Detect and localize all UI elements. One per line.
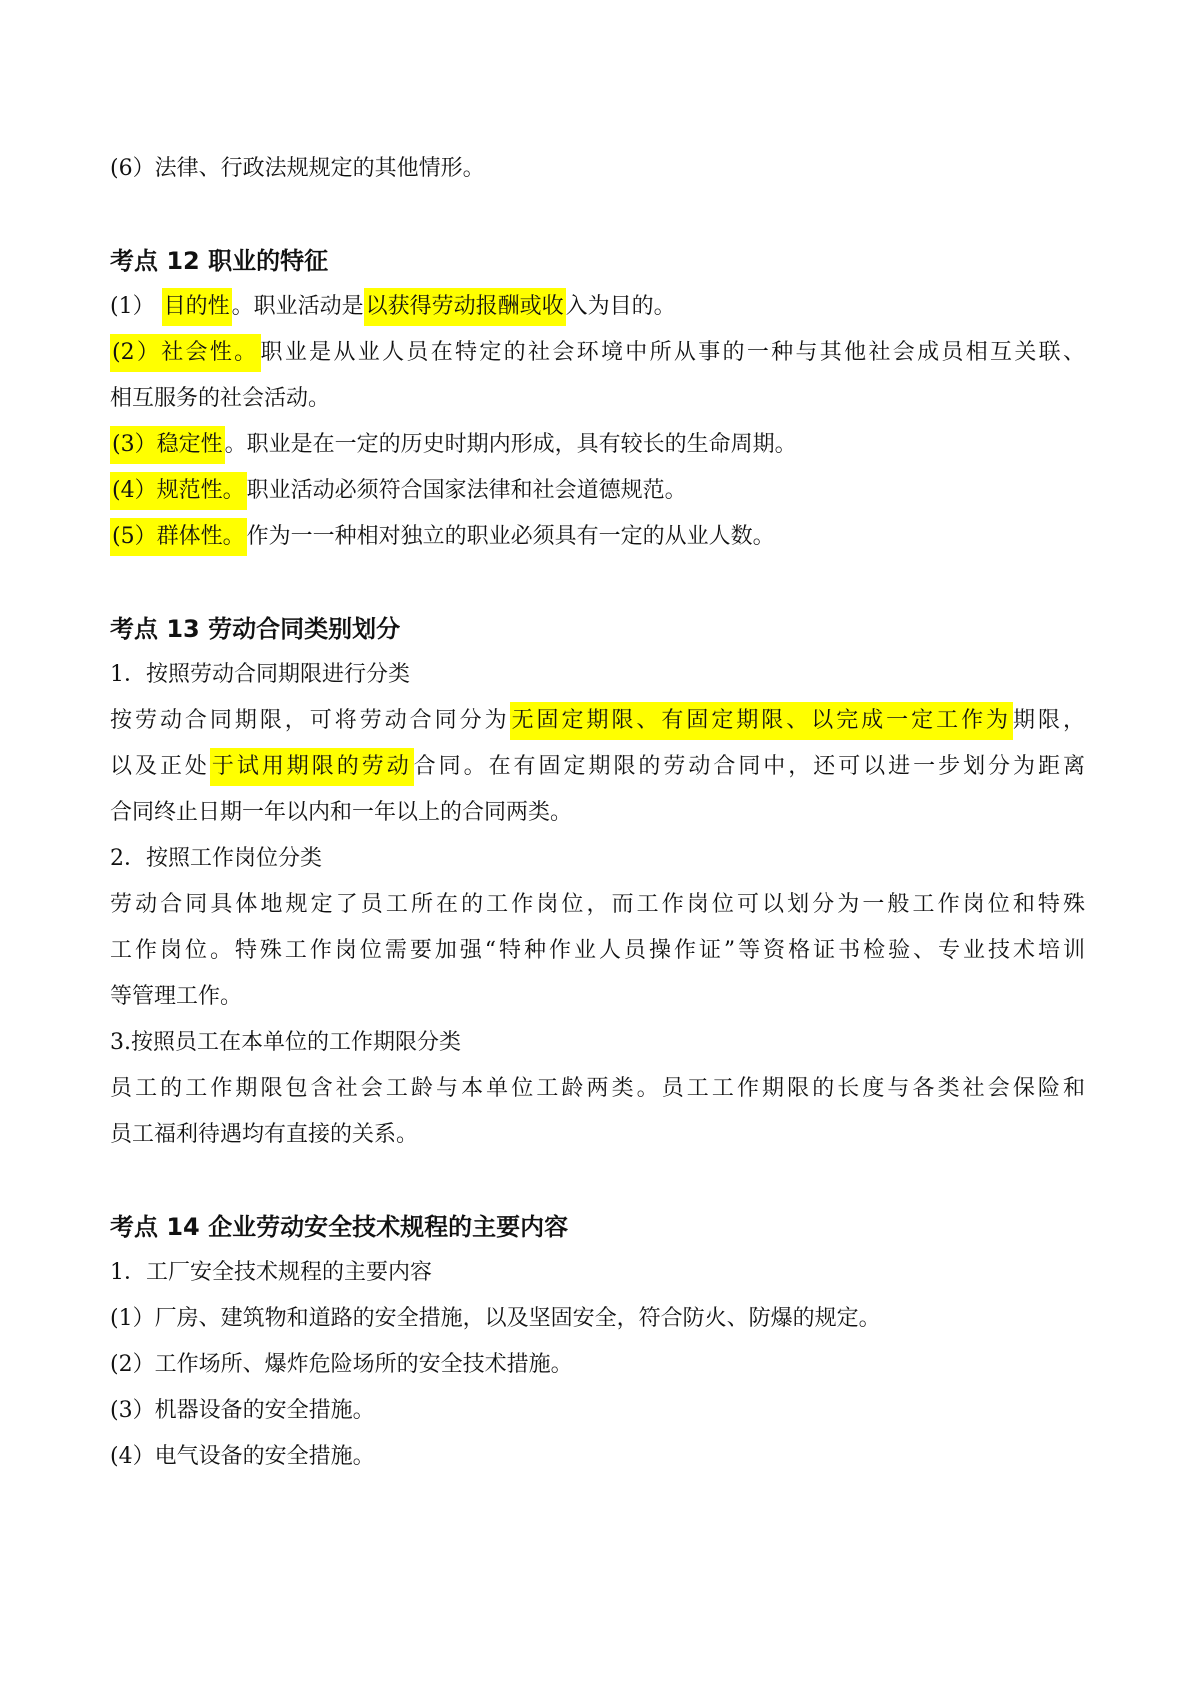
text-line: 3.按照员工在本单位的工作期限分类: [110, 1020, 1085, 1066]
blank-line: [110, 560, 1085, 606]
text-line: 以及正处于试用期限的劳动合同。在有固定期限的劳动合同中，还可以进一步划分为距离: [110, 744, 1085, 790]
text-run: 作为一一种相对独立的职业必须具有一定的从业人数。: [247, 524, 775, 549]
highlighted-text: 以获得劳动报酬或收: [364, 288, 566, 326]
text-run: 工作岗位。特殊工作岗位需要加强“特种作业人员操作证”等资格证书检验、专业技术培训: [110, 938, 1085, 963]
text-line: 2．按照工作岗位分类: [110, 836, 1085, 882]
text-run: 考点 13 劳动合同类别划分: [110, 615, 400, 643]
text-line: 相互服务的社会活动。: [110, 376, 1085, 422]
text-run: 2．按照工作岗位分类: [110, 846, 322, 871]
text-line: 工作岗位。特殊工作岗位需要加强“特种作业人员操作证”等资格证书检验、专业技术培训: [110, 928, 1085, 974]
text-run: 以及正处: [110, 754, 210, 779]
text-line: 按劳动合同期限，可将劳动合同分为无固定期限、有固定期限、以完成一定工作为期限，: [110, 698, 1085, 744]
text-line: (3）机器设备的安全措施。: [110, 1388, 1085, 1434]
text-run: 员工的工作期限包含社会工龄与本单位工龄两类。员工工作期限的长度与各类社会保险和: [110, 1076, 1085, 1101]
text-run: 1．按照劳动合同期限进行分类: [110, 662, 410, 687]
text-run: 入为目的。: [566, 294, 676, 319]
text-run: (6）法律、行政法规规定的其他情形。: [110, 156, 485, 181]
highlighted-text: (5）群体性。: [110, 518, 247, 556]
highlighted-text: (4）规范性。: [110, 472, 247, 510]
text-line: 1．工厂安全技术规程的主要内容: [110, 1250, 1085, 1296]
text-line: (4）电气设备的安全措施。: [110, 1434, 1085, 1480]
section-heading: 考点 12 职业的特征: [110, 238, 1085, 284]
text-run: (3）机器设备的安全措施。: [110, 1398, 375, 1423]
text-run: (4）电气设备的安全措施。: [110, 1444, 375, 1469]
text-line: (5）群体性。作为一一种相对独立的职业必须具有一定的从业人数。: [110, 514, 1085, 560]
text-run: 合同终止日期一年以内和一年以上的合同两类。: [110, 800, 572, 825]
text-line: (6）法律、行政法规规定的其他情形。: [110, 146, 1085, 192]
text-line: 员工福利待遇均有直接的关系。: [110, 1112, 1085, 1158]
text-line: (2）工作场所、爆炸危险场所的安全技术措施。: [110, 1342, 1085, 1388]
highlighted-text: (2）社会性。: [110, 334, 261, 372]
blank-line: [110, 192, 1085, 238]
text-line: (2）社会性。职业是从业人员在特定的社会环境中所从事的一种与其他社会成员相互关联…: [110, 330, 1085, 376]
text-run: (1）厂房、建筑物和道路的安全措施，以及坚固安全，符合防火、防爆的规定。: [110, 1306, 881, 1331]
text-run: 考点 14 企业劳动安全技术规程的主要内容: [110, 1213, 568, 1241]
text-run: (2）工作场所、爆炸危险场所的安全技术措施。: [110, 1352, 573, 1377]
highlighted-text: 于试用期限的劳动: [210, 748, 414, 786]
text-run: 3.按照员工在本单位的工作期限分类: [110, 1030, 461, 1055]
text-run: 职业是从业人员在特定的社会环境中所从事的一种与其他社会成员相互关联、: [261, 340, 1086, 365]
text-run: 按劳动合同期限，可将劳动合同分为: [110, 708, 510, 733]
text-run: 。职业活动是: [232, 294, 364, 319]
text-run: 期限，: [1013, 708, 1085, 733]
text-line: 等管理工作。: [110, 974, 1085, 1020]
text-line: (1）厂房、建筑物和道路的安全措施，以及坚固安全，符合防火、防爆的规定。: [110, 1296, 1085, 1342]
text-line: 1．按照劳动合同期限进行分类: [110, 652, 1085, 698]
text-run: 相互服务的社会活动。: [110, 386, 330, 411]
highlighted-text: 目的性: [162, 288, 232, 326]
text-line: (1） 目的性。职业活动是以获得劳动报酬或收入为目的。: [110, 284, 1085, 330]
document-page: (6）法律、行政法规规定的其他情形。考点 12 职业的特征(1） 目的性。职业活…: [0, 0, 1191, 1684]
text-run: 1．工厂安全技术规程的主要内容: [110, 1260, 432, 1285]
text-run: 员工福利待遇均有直接的关系。: [110, 1122, 418, 1147]
text-line: (3）稳定性。职业是在一定的历史时期内形成，具有较长的生命周期。: [110, 422, 1085, 468]
highlighted-text: (3）稳定性: [110, 426, 225, 464]
text-run: 合同。在有固定期限的劳动合同中，还可以进一步划分为距离: [414, 754, 1085, 779]
text-run: 考点 12 职业的特征: [110, 247, 328, 275]
text-run: (1）: [110, 294, 162, 319]
text-run: 职业活动必须符合国家法律和社会道德规范。: [247, 478, 687, 503]
text-run: 劳动合同具体地规定了员工所在的工作岗位，而工作岗位可以划分为一般工作岗位和特殊: [110, 892, 1085, 917]
text-line: (4）规范性。职业活动必须符合国家法律和社会道德规范。: [110, 468, 1085, 514]
text-run: 。职业是在一定的历史时期内形成，具有较长的生命周期。: [225, 432, 797, 457]
text-line: 劳动合同具体地规定了员工所在的工作岗位，而工作岗位可以划分为一般工作岗位和特殊: [110, 882, 1085, 928]
blank-line: [110, 1158, 1085, 1204]
highlighted-text: 无固定期限、有固定期限、以完成一定工作为: [510, 702, 1013, 740]
section-heading: 考点 14 企业劳动安全技术规程的主要内容: [110, 1204, 1085, 1250]
text-line: 员工的工作期限包含社会工龄与本单位工龄两类。员工工作期限的长度与各类社会保险和: [110, 1066, 1085, 1112]
text-line: 合同终止日期一年以内和一年以上的合同两类。: [110, 790, 1085, 836]
text-run: 等管理工作。: [110, 984, 242, 1009]
section-heading: 考点 13 劳动合同类别划分: [110, 606, 1085, 652]
